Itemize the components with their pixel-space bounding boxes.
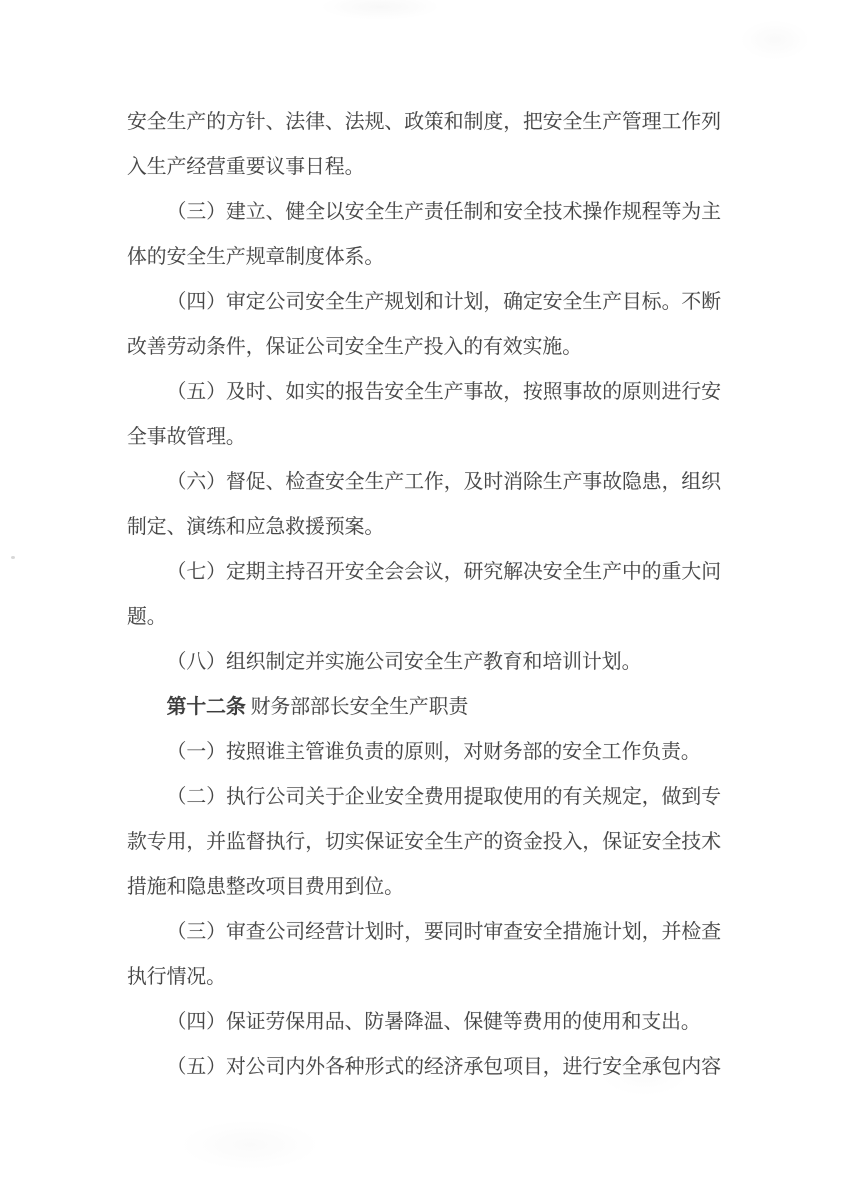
item-4: （四）审定公司安全生产规划和计划，确定安全生产目标。不断改善劳动条件，保证公司安… — [127, 280, 721, 370]
a12-item-1: （一）按照谁主管谁负责的原则，对财务部的安全工作负责。 — [127, 730, 721, 775]
text-line: 体的安全生产规章制度体系。 — [127, 235, 721, 280]
item-5: （五）及时、如实的报告安全生产事故，按照事故的原则进行安全事故管理。 — [127, 370, 721, 460]
text-line: （四）保证劳保用品、防暑降温、保健等费用的使用和支出。 — [127, 1000, 721, 1045]
text-line: 全事故管理。 — [127, 415, 721, 460]
text-line: （三）审查公司经营计划时，要同时审查安全措施计划，并检查 — [127, 910, 721, 955]
text-line: （三）建立、健全以安全生产责任制和安全技术操作规程等为主 — [127, 190, 721, 235]
item-7: （七）定期主持召开安全会会议，研究解决安全生产中的重大问题。 — [127, 550, 721, 640]
text-line: 题。 — [127, 595, 721, 640]
text-line: （五）对公司内外各种形式的经济承包项目，进行安全承包内容 — [127, 1045, 721, 1090]
a12-item-5: （五）对公司内外各种形式的经济承包项目，进行安全承包内容 — [127, 1045, 721, 1090]
text-line: （六）督促、检查安全生产工作，及时消除生产事故隐患，组织 — [127, 460, 721, 505]
item-6: （六）督促、检查安全生产工作，及时消除生产事故隐患，组织制定、演练和应急救援预案… — [127, 460, 721, 550]
scan-smudge — [320, 0, 440, 20]
a12-item-2: （二）执行公司关于企业安全费用提取使用的有关规定，做到专款专用，并监督执行，切实… — [127, 775, 721, 910]
text-line: 款专用，并监督执行，切实保证安全生产的资金投入，保证安全技术 — [127, 820, 721, 865]
article-12-heading: 第十二条 财务部部长安全生产职责 — [127, 685, 721, 730]
text-line: （四）审定公司安全生产规划和计划，确定安全生产目标。不断 — [127, 280, 721, 325]
text-line: 安全生产的方针、法律、法规、政策和制度，把安全生产管理工作列 — [127, 100, 721, 145]
scanned-document-page: 安全生产的方针、法律、法规、政策和制度，把安全生产管理工作列入生产经营重要议事日… — [0, 0, 848, 1200]
document-body-text: 安全生产的方针、法律、法规、政策和制度，把安全生产管理工作列入生产经营重要议事日… — [127, 100, 721, 1090]
article-number: 第十二条 — [167, 696, 246, 718]
text-line: 制定、演练和应急救援预案。 — [127, 505, 721, 550]
text-line: 措施和隐患整改项目费用到位。 — [127, 865, 721, 910]
text-line: （五）及时、如实的报告安全生产事故，按照事故的原则进行安 — [127, 370, 721, 415]
item-3: （三）建立、健全以安全生产责任制和安全技术操作规程等为主体的安全生产规章制度体系… — [127, 190, 721, 280]
continuation-paragraph: 安全生产的方针、法律、法规、政策和制度，把安全生产管理工作列入生产经营重要议事日… — [127, 100, 721, 190]
text-line: 入生产经营重要议事日程。 — [127, 145, 721, 190]
text-line: （一）按照谁主管谁负责的原则，对财务部的安全工作负责。 — [127, 730, 721, 775]
text-line: （二）执行公司关于企业安全费用提取使用的有关规定，做到专 — [127, 775, 721, 820]
text-line: 执行情况。 — [127, 955, 721, 1000]
item-8: （八）组织制定并实施公司安全生产教育和培训计划。 — [127, 640, 721, 685]
a12-item-4: （四）保证劳保用品、防暑降温、保健等费用的使用和支出。 — [127, 1000, 721, 1045]
scan-speck — [11, 556, 15, 559]
scan-smudge — [740, 20, 810, 60]
text-line: 改善劳动条件，保证公司安全生产投入的有效实施。 — [127, 325, 721, 370]
text-line: （七）定期主持召开安全会会议，研究解决安全生产中的重大问 — [127, 550, 721, 595]
a12-item-3: （三）审查公司经营计划时，要同时审查安全措施计划，并检查执行情况。 — [127, 910, 721, 1000]
scan-smudge — [180, 1120, 320, 1170]
text-line: 第十二条 财务部部长安全生产职责 — [127, 685, 721, 730]
article-title: 财务部部长安全生产职责 — [246, 696, 469, 718]
text-line: （八）组织制定并实施公司安全生产教育和培训计划。 — [127, 640, 721, 685]
